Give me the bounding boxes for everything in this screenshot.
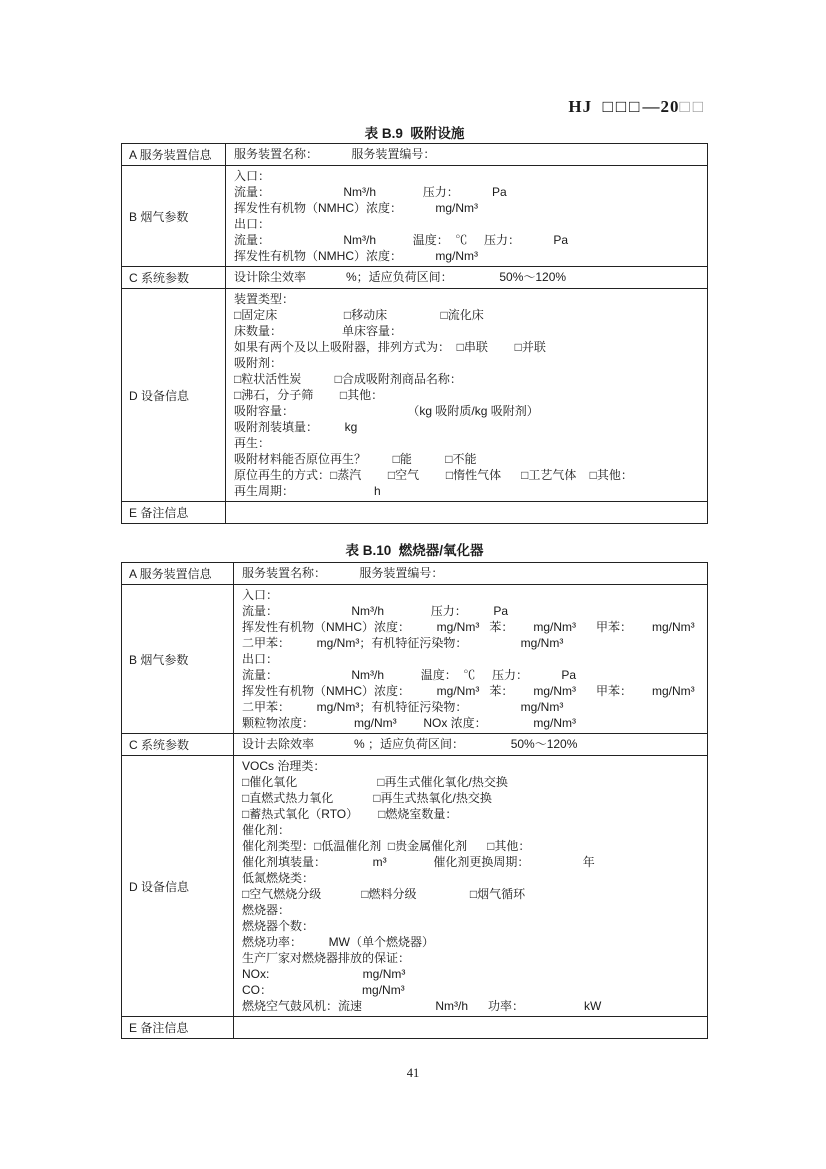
form-line: 低氮燃烧类： xyxy=(242,870,703,886)
form-line: □直燃式热力氧化 □再生式热氧化/热交换 xyxy=(242,790,703,806)
form-line: 设计除尘效率 %；适应负荷区间： 50%～120% xyxy=(234,269,703,285)
form-line: 出口： xyxy=(242,651,703,667)
row-content: 设计除尘效率 %；适应负荷区间： 50%～120% xyxy=(226,267,707,288)
form-line: 吸附材料能否原位再生？ □能 □不能 xyxy=(234,451,703,467)
form-line: 二甲苯： mg/Nm³；有机特征污染物： mg/Nm³ xyxy=(242,635,703,651)
form-line: 催化剂类型：□低温催化剂 □贵金属催化剂 □其他： xyxy=(242,838,703,854)
row-content xyxy=(226,502,707,523)
form-line: 装置类型： xyxy=(234,291,703,307)
table-b9-title: 表 B.9 吸附设施 xyxy=(121,122,708,142)
form-line: 挥发性有机物（NMHC）浓度： mg/Nm³ xyxy=(234,248,703,264)
table-row: A 服务装置信息 服务装置名称： 服务装置编号： xyxy=(122,144,707,165)
form-line: 设计去除效率 % ；适应负荷区间： 50%～120% xyxy=(242,736,703,752)
form-line: 出口： xyxy=(234,216,703,232)
form-line: □粒状活性炭 □合成吸附剂商品名称： xyxy=(234,371,703,387)
standard-year-boxes: □□ xyxy=(679,97,706,116)
table-b9: A 服务装置信息 服务装置名称： 服务装置编号： B 烟气参数 入口：流量： N… xyxy=(121,143,708,524)
form-line: CO： mg/Nm³ xyxy=(242,982,703,998)
form-line: 流量： Nm³/h 温度： ℃ 压力： Pa xyxy=(234,232,703,248)
form-line: 催化剂： xyxy=(242,822,703,838)
row-content: 装置类型：□固定床 □移动床 □流化床床数量： 单床容量：如果有两个及以上吸附器… xyxy=(226,289,707,501)
document-page: HJ □□□—20□□ 表 B.9 吸附设施 A 服务装置信息 服务装置名称： … xyxy=(0,0,826,1169)
table-row: C 系统参数 设计去除效率 % ；适应负荷区间： 50%～120% xyxy=(122,733,707,755)
table-b10: A 服务装置信息 服务装置名称： 服务装置编号： B 烟气参数 入口：流量： N… xyxy=(121,562,708,1039)
form-line: 燃烧器个数： xyxy=(242,918,703,934)
row-content: 入口：流量： Nm³/h 压力： Pa挥发性有机物（NMHC）浓度： mg/Nm… xyxy=(234,585,707,733)
table-row: B 烟气参数 入口：流量： Nm³/h 压力： Pa挥发性有机物（NMHC）浓度… xyxy=(122,165,707,266)
form-line: 吸附剂： xyxy=(234,355,703,371)
row-content: VOCs 治理类：□催化氧化 □再生式催化氧化/热交换□直燃式热力氧化 □再生式… xyxy=(234,756,707,1016)
row-label-d: D 设备信息 xyxy=(122,289,226,501)
row-label-e: E 备注信息 xyxy=(122,1017,234,1038)
form-line: 流量： Nm³/h 压力： Pa xyxy=(234,184,703,200)
form-line: 吸附容量： （kg 吸附质/kg 吸附剂） xyxy=(234,403,703,419)
page-number: 41 xyxy=(0,1066,826,1081)
row-label-a: A 服务装置信息 xyxy=(122,563,234,584)
table-b10-title: 表 B.10 燃烧器/氧化器 xyxy=(121,539,708,559)
table-row: C 系统参数 设计除尘效率 %；适应负荷区间： 50%～120% xyxy=(122,266,707,288)
table-row: D 设备信息 装置类型：□固定床 □移动床 □流化床床数量： 单床容量：如果有两… xyxy=(122,288,707,501)
form-line: 挥发性有机物（NMHC）浓度： mg/Nm³ 苯： mg/Nm³ 甲苯： mg/… xyxy=(242,619,703,635)
form-line: □空气燃烧分级 □燃料分级 □烟气循环 xyxy=(242,886,703,902)
form-line: 床数量： 单床容量： xyxy=(234,323,703,339)
form-line: □沸石，分子筛 □其他： xyxy=(234,387,703,403)
form-line: 燃烧空气鼓风机：流速 Nm³/h 功率： kW xyxy=(242,998,703,1014)
table-row: B 烟气参数 入口：流量： Nm³/h 压力： Pa挥发性有机物（NMHC）浓度… xyxy=(122,584,707,733)
form-line: 如果有两个及以上吸附器，排列方式为： □串联 □并联 xyxy=(234,339,703,355)
row-content: 服务装置名称： 服务装置编号： xyxy=(226,144,707,165)
form-line: VOCs 治理类： xyxy=(242,758,703,774)
row-label-c: C 系统参数 xyxy=(122,267,226,288)
form-line: 服务装置名称： 服务装置编号： xyxy=(234,146,703,162)
form-line: 入口： xyxy=(242,587,703,603)
form-line: 挥发性有机物（NMHC）浓度： mg/Nm³ 苯： mg/Nm³ 甲苯： mg/… xyxy=(242,683,703,699)
form-line: 服务装置名称： 服务装置编号： xyxy=(242,565,703,581)
row-content: 服务装置名称： 服务装置编号： xyxy=(234,563,707,584)
form-line: □蓄热式氧化（RTO） □燃烧室数量： xyxy=(242,806,703,822)
standard-code-prefix: HJ xyxy=(568,97,602,116)
row-label-a: A 服务装置信息 xyxy=(122,144,226,165)
row-label-c: C 系统参数 xyxy=(122,734,234,755)
form-line: NOx: mg/Nm³ xyxy=(242,966,703,982)
form-line: 催化剂填装量： m³ 催化剂更换周期： 年 xyxy=(242,854,703,870)
row-label-b: B 烟气参数 xyxy=(122,585,234,733)
row-content: 入口：流量： Nm³/h 压力： Pa挥发性有机物（NMHC）浓度： mg/Nm… xyxy=(226,166,707,266)
form-line: 原位再生的方式：□蒸汽 □空气 □惰性气体 □工艺气体 □其他： xyxy=(234,467,703,483)
form-line: 燃烧功率： MW（单个燃烧器） xyxy=(242,934,703,950)
form-line: 二甲苯： mg/Nm³；有机特征污染物： mg/Nm³ xyxy=(242,699,703,715)
form-line: 入口： xyxy=(234,168,703,184)
standard-number-boxes: □□□ xyxy=(603,97,643,116)
table-row: D 设备信息 VOCs 治理类：□催化氧化 □再生式催化氧化/热交换□直燃式热力… xyxy=(122,755,707,1016)
form-line: 燃烧器： xyxy=(242,902,703,918)
form-line: 流量： Nm³/h 压力： Pa xyxy=(242,603,703,619)
table-row: A 服务装置信息 服务装置名称： 服务装置编号： xyxy=(122,563,707,584)
form-line: □催化氧化 □再生式催化氧化/热交换 xyxy=(242,774,703,790)
form-line: 再生： xyxy=(234,435,703,451)
form-line: 再生周期： h xyxy=(234,483,703,499)
row-label-b: B 烟气参数 xyxy=(122,166,226,266)
form-line: 吸附剂装填量： kg xyxy=(234,419,703,435)
standard-year-dash: —20 xyxy=(642,97,679,116)
table-row: E 备注信息 xyxy=(122,1016,707,1038)
table-row: E 备注信息 xyxy=(122,501,707,523)
row-content: 设计去除效率 % ；适应负荷区间： 50%～120% xyxy=(234,734,707,755)
row-label-d: D 设备信息 xyxy=(122,756,234,1016)
form-line: □固定床 □移动床 □流化床 xyxy=(234,307,703,323)
form-line: 生产厂家对燃烧器排放的保证： xyxy=(242,950,703,966)
form-line: 颗粒物浓度： mg/Nm³ NOx 浓度： mg/Nm³ xyxy=(242,715,703,731)
row-label-e: E 备注信息 xyxy=(122,502,226,523)
form-line: 挥发性有机物（NMHC）浓度： mg/Nm³ xyxy=(234,200,703,216)
standard-number: HJ □□□—20□□ xyxy=(568,97,706,117)
form-line: 流量： Nm³/h 温度： ℃ 压力： Pa xyxy=(242,667,703,683)
row-content xyxy=(234,1017,707,1038)
